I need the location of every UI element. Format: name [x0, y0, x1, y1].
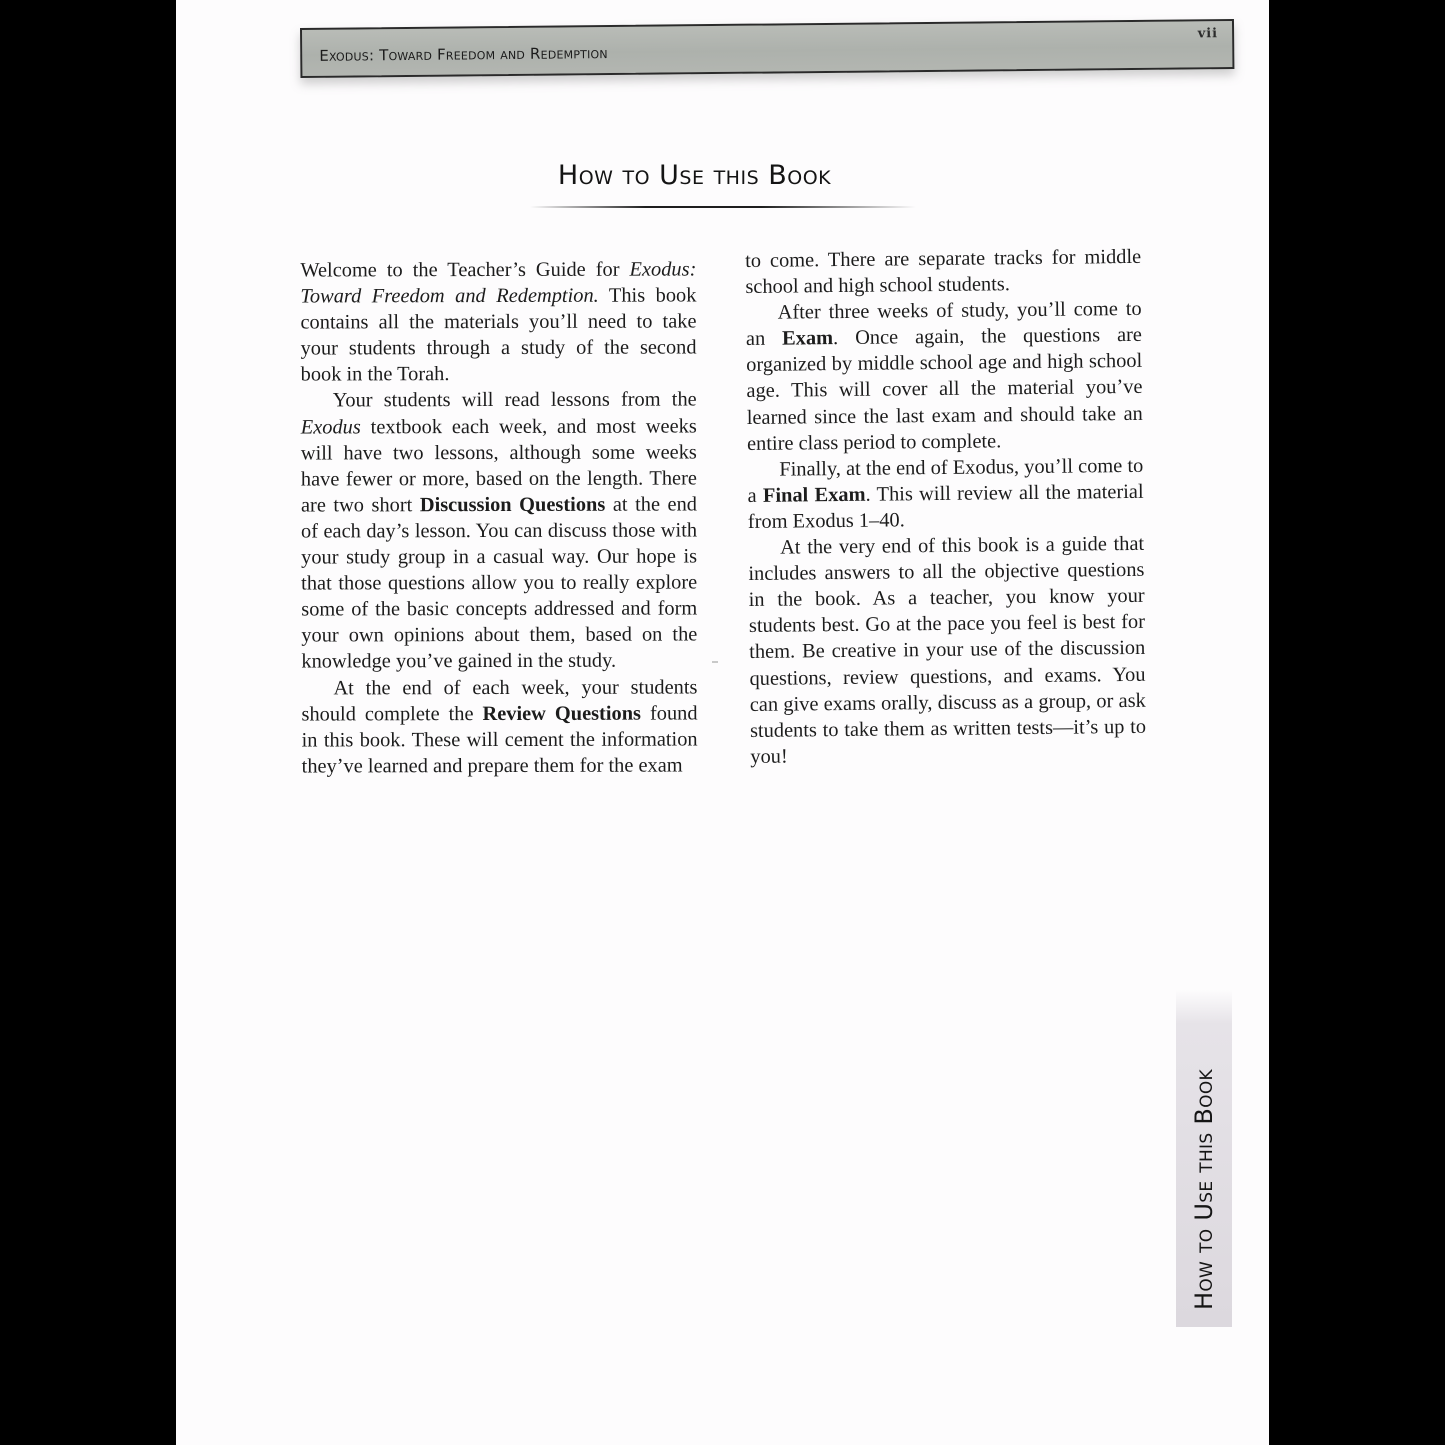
book-page: Exodus: Toward Freedom and Redemption vi…: [176, 0, 1269, 1445]
paragraph-final-exam: Finally, at the end of Exodus, you’ll co…: [747, 453, 1144, 535]
running-title: Exodus: Toward Freedom and Redemption: [319, 44, 608, 65]
paragraph-review: At the end of each week, your students s…: [301, 674, 697, 779]
running-header: Exodus: Toward Freedom and Redemption vi…: [300, 19, 1234, 78]
book-title-italic: Exodus: [301, 416, 361, 438]
text-run: at the end of each day’s lesson. You can…: [301, 493, 697, 673]
text-run: Welcome to the Teacher’s Guide for: [300, 259, 629, 282]
left-text-column: Welcome to the Teacher’s Guide for Exodu…: [300, 256, 697, 779]
page-number: vii: [1198, 26, 1219, 41]
paragraph-exam: After three weeks of study, you’ll come …: [746, 296, 1144, 457]
paragraph-answer-guide: At the very end of this book is a guide …: [748, 531, 1146, 770]
term-review-questions: Review Questions: [482, 702, 641, 724]
side-tab-label: How to Use this Book: [1179, 1020, 1229, 1310]
right-text-column: to come. There are separate tracks for m…: [745, 244, 1146, 770]
term-discussion-questions: Discussion Questions: [420, 494, 605, 516]
term-final-exam: Final Exam: [763, 484, 866, 507]
chapter-title: How to Use this Book: [176, 160, 1241, 191]
paragraph-continuation: to come. There are separate tracks for m…: [745, 244, 1142, 300]
paragraph-lessons: Your students will read lessons from the…: [301, 387, 698, 675]
term-exam: Exam: [782, 327, 833, 350]
text-run: Your students will read lessons from the: [333, 389, 697, 412]
text-run: to come. There are separate tracks for m…: [745, 246, 1141, 298]
paragraph-welcome: Welcome to the Teacher’s Guide for Exodu…: [300, 256, 696, 388]
title-underline-rule: [530, 206, 916, 208]
scan-viewport: Exodus: Toward Freedom and Redemption vi…: [0, 0, 1445, 1445]
scan-speck: [712, 661, 718, 663]
text-run: At the very end of this book is a guide …: [748, 533, 1146, 768]
